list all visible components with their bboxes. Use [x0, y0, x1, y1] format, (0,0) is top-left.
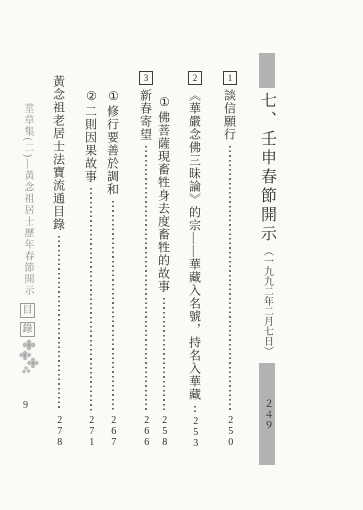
- toc-entry-1: 1 談信願行 250: [220, 71, 240, 448]
- dotted-leader: [163, 298, 165, 411]
- toc-entry-2-boxed-number: 2: [188, 71, 202, 85]
- running-book-title: 莖草集(二)—黃念祖居士歷年春節開示: [20, 103, 35, 297]
- chapter-date-note: （一九九二年二月七日）: [260, 246, 275, 356]
- dotted-leader: [90, 188, 92, 411]
- toc-entry-3-page: 258: [159, 415, 170, 448]
- toc-entry-2-title: 《華嚴念佛三昧論》的宗——華藏入名號，持名入華藏: [187, 89, 204, 401]
- folio-page-number: 9: [23, 400, 28, 411]
- toc-entry-7-page: 278: [54, 415, 65, 448]
- toc-entry-5: ① 修行要善於調和 267: [103, 89, 123, 448]
- running-title-column: 莖草集(二)—黃念祖居士歷年春節開示 目 錄: [18, 103, 37, 337]
- toc-entry-6: ② 二則因果故事 271: [81, 89, 101, 448]
- section-label-box-1: 目: [20, 303, 35, 318]
- chapter-page-number: ２４９: [260, 398, 275, 431]
- dotted-leader: [112, 201, 114, 411]
- toc-entry-5-circled-number: ①: [106, 89, 121, 103]
- toc-entry-4-boxed-number: 3: [139, 71, 153, 85]
- chapter-marker-bar: [259, 53, 275, 88]
- chapter-heading: 七、壬申春節開示 （一九九二年二月七日）: [256, 92, 278, 356]
- section-label-box-2: 錄: [20, 322, 35, 337]
- dotted-leader: [229, 146, 231, 411]
- toc-entry-3: ① 佛菩薩現畜牲身去度畜牲的故事 258: [154, 95, 174, 448]
- toc-entry-5-title: 修行要善於調和: [105, 105, 122, 196]
- toc-entry-7: 黃念祖老居士法寶流通目錄 278: [49, 75, 69, 448]
- toc-entry-3-circled-number: ①: [157, 95, 172, 109]
- toc-entry-5-page: 267: [108, 415, 119, 448]
- toc-entry-4-page: 266: [141, 415, 152, 448]
- toc-entry-1-title: 談信願行: [222, 89, 239, 141]
- toc-entry-1-page: 250: [225, 415, 236, 448]
- toc-entry-7-title: 黃念祖老居士法寶流通目錄: [51, 75, 68, 231]
- dotted-leader: [145, 146, 147, 411]
- toc-entry-6-circled-number: ②: [84, 89, 99, 103]
- dotted-leader: [58, 236, 60, 411]
- toc-entry-4: 3 新春寄望 266: [136, 71, 156, 448]
- toc-entry-6-page: 271: [86, 415, 97, 448]
- dotted-leader: [194, 406, 196, 412]
- toc-entry-6-title: 二則因果故事: [83, 105, 100, 183]
- toc-entry-2-page: 253: [190, 416, 201, 449]
- chapter-title: 七、壬申春節開示: [256, 92, 279, 244]
- book-toc-page: 七、壬申春節開示 （一九九二年二月七日） ２４９ 1 談信願行 250 2 《華…: [0, 0, 363, 510]
- toc-entry-2: 2 《華嚴念佛三昧論》的宗——華藏入名號，持名入華藏 253: [185, 71, 205, 448]
- toc-entry-3-title: 佛菩薩現畜牲身去度畜牲的故事: [156, 111, 173, 293]
- chapter-page-number-bar: ２４９: [259, 363, 275, 465]
- toc-entry-4-title: 新春寄望: [138, 89, 155, 141]
- toc-entry-1-boxed-number: 1: [223, 71, 237, 85]
- plum-blossom-stamp-icon: [14, 337, 44, 382]
